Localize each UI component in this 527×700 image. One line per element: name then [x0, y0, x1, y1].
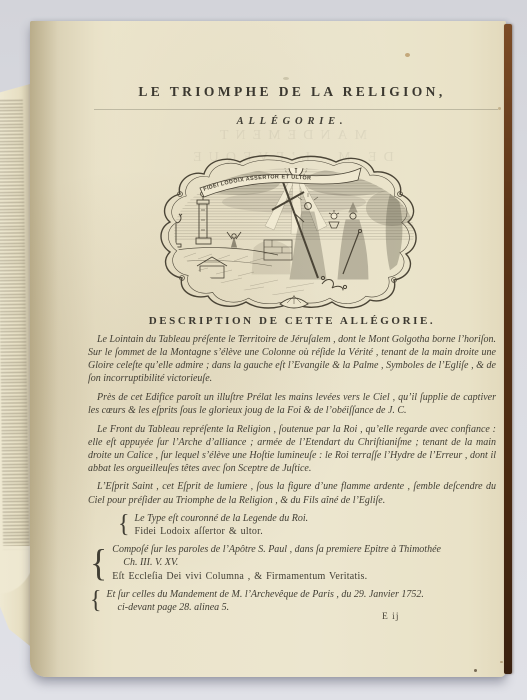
hydra [321, 276, 352, 301]
binding-edge [504, 24, 512, 674]
note-line: Et ſur celles du Mandement de M. l’Arche… [107, 588, 496, 601]
foxing-spot [498, 107, 501, 110]
facing-page-text-blur [0, 100, 29, 552]
note-legend: { Le Type eſt couronné de la Legende du … [118, 512, 496, 538]
paragraph: Le Front du Tableau repréſente la Religi… [88, 423, 496, 475]
brace-icon: { [90, 546, 107, 580]
note-line: Ch. III. V. XV. [123, 556, 496, 569]
foxing-spot [474, 669, 477, 672]
paragraph: L’Eſprit Saint , cet Eſprit de lumiere ,… [88, 480, 496, 506]
foxing-spot [500, 661, 503, 663]
paragraph: Le Lointain du Tableau préſente le Terri… [88, 333, 496, 385]
signature-mark: E ij [382, 612, 442, 622]
foxing-spot [283, 77, 289, 80]
book-page: MANDEMENT DE M. L’EVEQUE LE TRIOMPHE DE … [30, 21, 506, 677]
page-subtitle: ALLÉGORIE. [88, 116, 496, 127]
note-scripture: { Compoſé ſur les paroles de l’Apôtre S.… [90, 543, 496, 582]
description-body: Le Lointain du Tableau préſente le Terri… [88, 333, 496, 619]
showthrough-line: MANDEMENT [100, 125, 480, 147]
page-title: LE TRIOMPHE DE LA RELIGION, [88, 84, 496, 100]
brace-icon: { [118, 514, 130, 537]
note-line: Eſt Eccleſia Dei vivi Columna , & Firmam… [112, 570, 496, 583]
cottage [197, 257, 227, 278]
note-mandement: { Et ſur celles du Mandement de M. l’Arc… [90, 588, 496, 614]
photo-backdrop: MANDEMENT DE M. L’EVEQUE LE TRIOMPHE DE … [0, 0, 527, 700]
note-line: Le Type eſt couronné de la Legende du Ro… [135, 512, 496, 525]
section-heading: DESCRIPTION DE CETTE ALLÉGORIE. [88, 315, 496, 327]
allegory-engraving: FIDEI LODOIX ASSERTOR ET ULTOR [146, 152, 442, 314]
engraving-svg: FIDEI LODOIX ASSERTOR ET ULTOR [146, 152, 442, 314]
paragraph: Près de cet Edifice paroît un illuſtre P… [88, 391, 496, 417]
edifice-block [252, 240, 292, 274]
brace-icon: { [90, 589, 102, 612]
note-line: Fidei Lodoix aſſertor & ultor. [135, 525, 496, 538]
foxing-spot [405, 53, 410, 57]
note-line: Compoſé ſur les paroles de l’Apôtre S. P… [112, 543, 496, 556]
title-rule [94, 109, 498, 110]
